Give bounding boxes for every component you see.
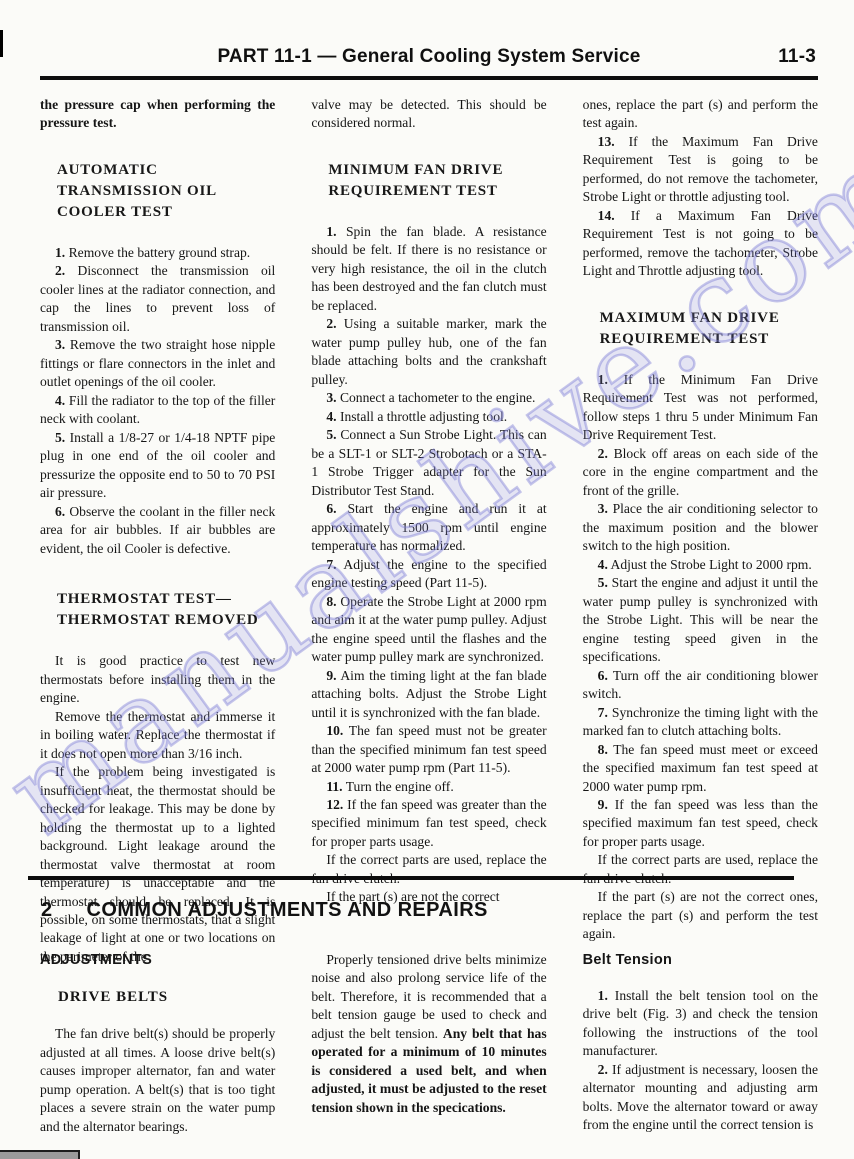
subsection-heading: ADJUSTMENTS: [40, 951, 275, 971]
column-2: Properly tensioned drive belts minimize …: [311, 951, 546, 1136]
paragraph: Remove the thermostat and immerse it in …: [40, 708, 275, 763]
step: 8. Operate the Strobe Light at 2000 rpm …: [311, 593, 546, 667]
step: 7. Adjust the engine to the specified en…: [311, 556, 546, 593]
scan-edge-artifact: [0, 30, 3, 57]
column-1: ADJUSTMENTS DRIVE BELTS The fan drive be…: [40, 951, 275, 1136]
paragraph: If the correct parts are used, replace t…: [583, 851, 818, 888]
paragraph: the pressure cap when performing the pre…: [40, 96, 275, 133]
header-rule: [40, 76, 818, 80]
section-number: 2: [41, 899, 53, 921]
column-1: the pressure cap when performing the pre…: [40, 96, 275, 966]
section-1-columns: the pressure cap when performing the pre…: [40, 96, 818, 966]
paragraph: If the correct parts are used, replace t…: [311, 851, 546, 888]
step: 8. The fan speed must meet or exceed the…: [583, 741, 818, 796]
step: 6. Turn off the air conditioning blower …: [583, 667, 818, 704]
step: 14. If a Maximum Fan Drive Requirement T…: [583, 207, 818, 281]
page-number: 11-3: [778, 46, 816, 68]
column-3: Belt Tension 1. Install the belt tension…: [583, 951, 818, 1136]
section-2-heading: 2COMMON ADJUSTMENTS AND REPAIRS: [41, 899, 488, 922]
paragraph: ones, replace the part (s) and perform t…: [583, 96, 818, 133]
step: 7. Synchronize the timing light with the…: [583, 704, 818, 741]
paragraph: If the problem being investigated is ins…: [40, 763, 275, 966]
step: 4. Install a throttle adjusting tool.: [311, 408, 546, 426]
step: 1. Remove the battery ground strap.: [40, 244, 275, 262]
section-heading: MAXIMUM FAN DRIVE REQUIREMENT TEST: [600, 308, 818, 350]
step: 1. Install the belt tension tool on the …: [583, 987, 818, 1061]
manual-page: PART 11-1 — General Cooling System Servi…: [0, 0, 854, 1159]
section-divider-rule: [28, 876, 794, 880]
paragraph: The fan drive belt(s) should be properly…: [40, 1025, 275, 1136]
page-title: PART 11-1 — General Cooling System Servi…: [217, 46, 640, 67]
step: 5. Install a 1/8-27 or 1/4-18 NPTF pipe …: [40, 429, 275, 503]
step: 10. The fan speed must not be greater th…: [311, 722, 546, 777]
section-heading: THERMOSTAT TEST— THERMOSTAT REMOVED: [57, 589, 275, 631]
step: 3. Place the air conditioning selector t…: [583, 500, 818, 555]
step: 11. Turn the engine off.: [311, 778, 546, 796]
step: 12. If the fan speed was greater than th…: [311, 796, 546, 851]
step: 1. If the Minimum Fan Drive Requirement …: [583, 371, 818, 445]
step: 5. Connect a Sun Strobe Light. This can …: [311, 426, 546, 500]
section-heading: MINIMUM FAN DRIVE REQUIREMENT TEST: [328, 160, 546, 202]
paragraph: It is good practice to test new thermost…: [40, 652, 275, 707]
step: 9. If the fan speed was less than the sp…: [583, 796, 818, 851]
step: 6. Start the engine and run it at approx…: [311, 500, 546, 555]
step: 2. Block off areas on each side of the c…: [583, 445, 818, 500]
step: 6. Observe the coolant in the filler nec…: [40, 503, 275, 558]
step: 5. Start the engine and adjust it until …: [583, 574, 818, 666]
paragraph: If the part (s) are not the correct ones…: [583, 888, 818, 943]
section-title: COMMON ADJUSTMENTS AND REPAIRS: [87, 899, 488, 921]
step: 1. Spin the fan blade. A resistance shou…: [311, 223, 546, 315]
paragraph: valve may be detected. This should be co…: [311, 96, 546, 133]
step: 13. If the Maximum Fan Drive Requirement…: [583, 133, 818, 207]
subsection-heading: Belt Tension: [583, 951, 818, 971]
column-3: ones, replace the part (s) and perform t…: [583, 96, 818, 966]
step: 4. Adjust the Strobe Light to 2000 rpm.: [583, 556, 818, 574]
step: 9. Aim the timing light at the fan blade…: [311, 667, 546, 722]
paragraph: Properly tensioned drive belts minimize …: [311, 951, 546, 1117]
page-header: PART 11-1 — General Cooling System Servi…: [40, 46, 818, 68]
subsection-heading: DRIVE BELTS: [58, 987, 275, 1007]
step: 3. Remove the two straight hose nipple f…: [40, 336, 275, 391]
column-2: valve may be detected. This should be co…: [311, 96, 546, 966]
step: 2. Disconnect the transmission oil coole…: [40, 262, 275, 336]
step: 2. Using a suitable marker, mark the wat…: [311, 315, 546, 389]
section-2-columns: ADJUSTMENTS DRIVE BELTS The fan drive be…: [40, 951, 818, 1136]
scan-bottom-artifact: [0, 1150, 80, 1159]
step: 3. Connect a tachometer to the engine.: [311, 389, 546, 407]
step: 2. If adjustment is necessary, loosen th…: [583, 1061, 818, 1135]
section-heading: AUTOMATIC TRANSMISSION OIL COOLER TEST: [57, 160, 275, 223]
step: 4. Fill the radiator to the top of the f…: [40, 392, 275, 429]
